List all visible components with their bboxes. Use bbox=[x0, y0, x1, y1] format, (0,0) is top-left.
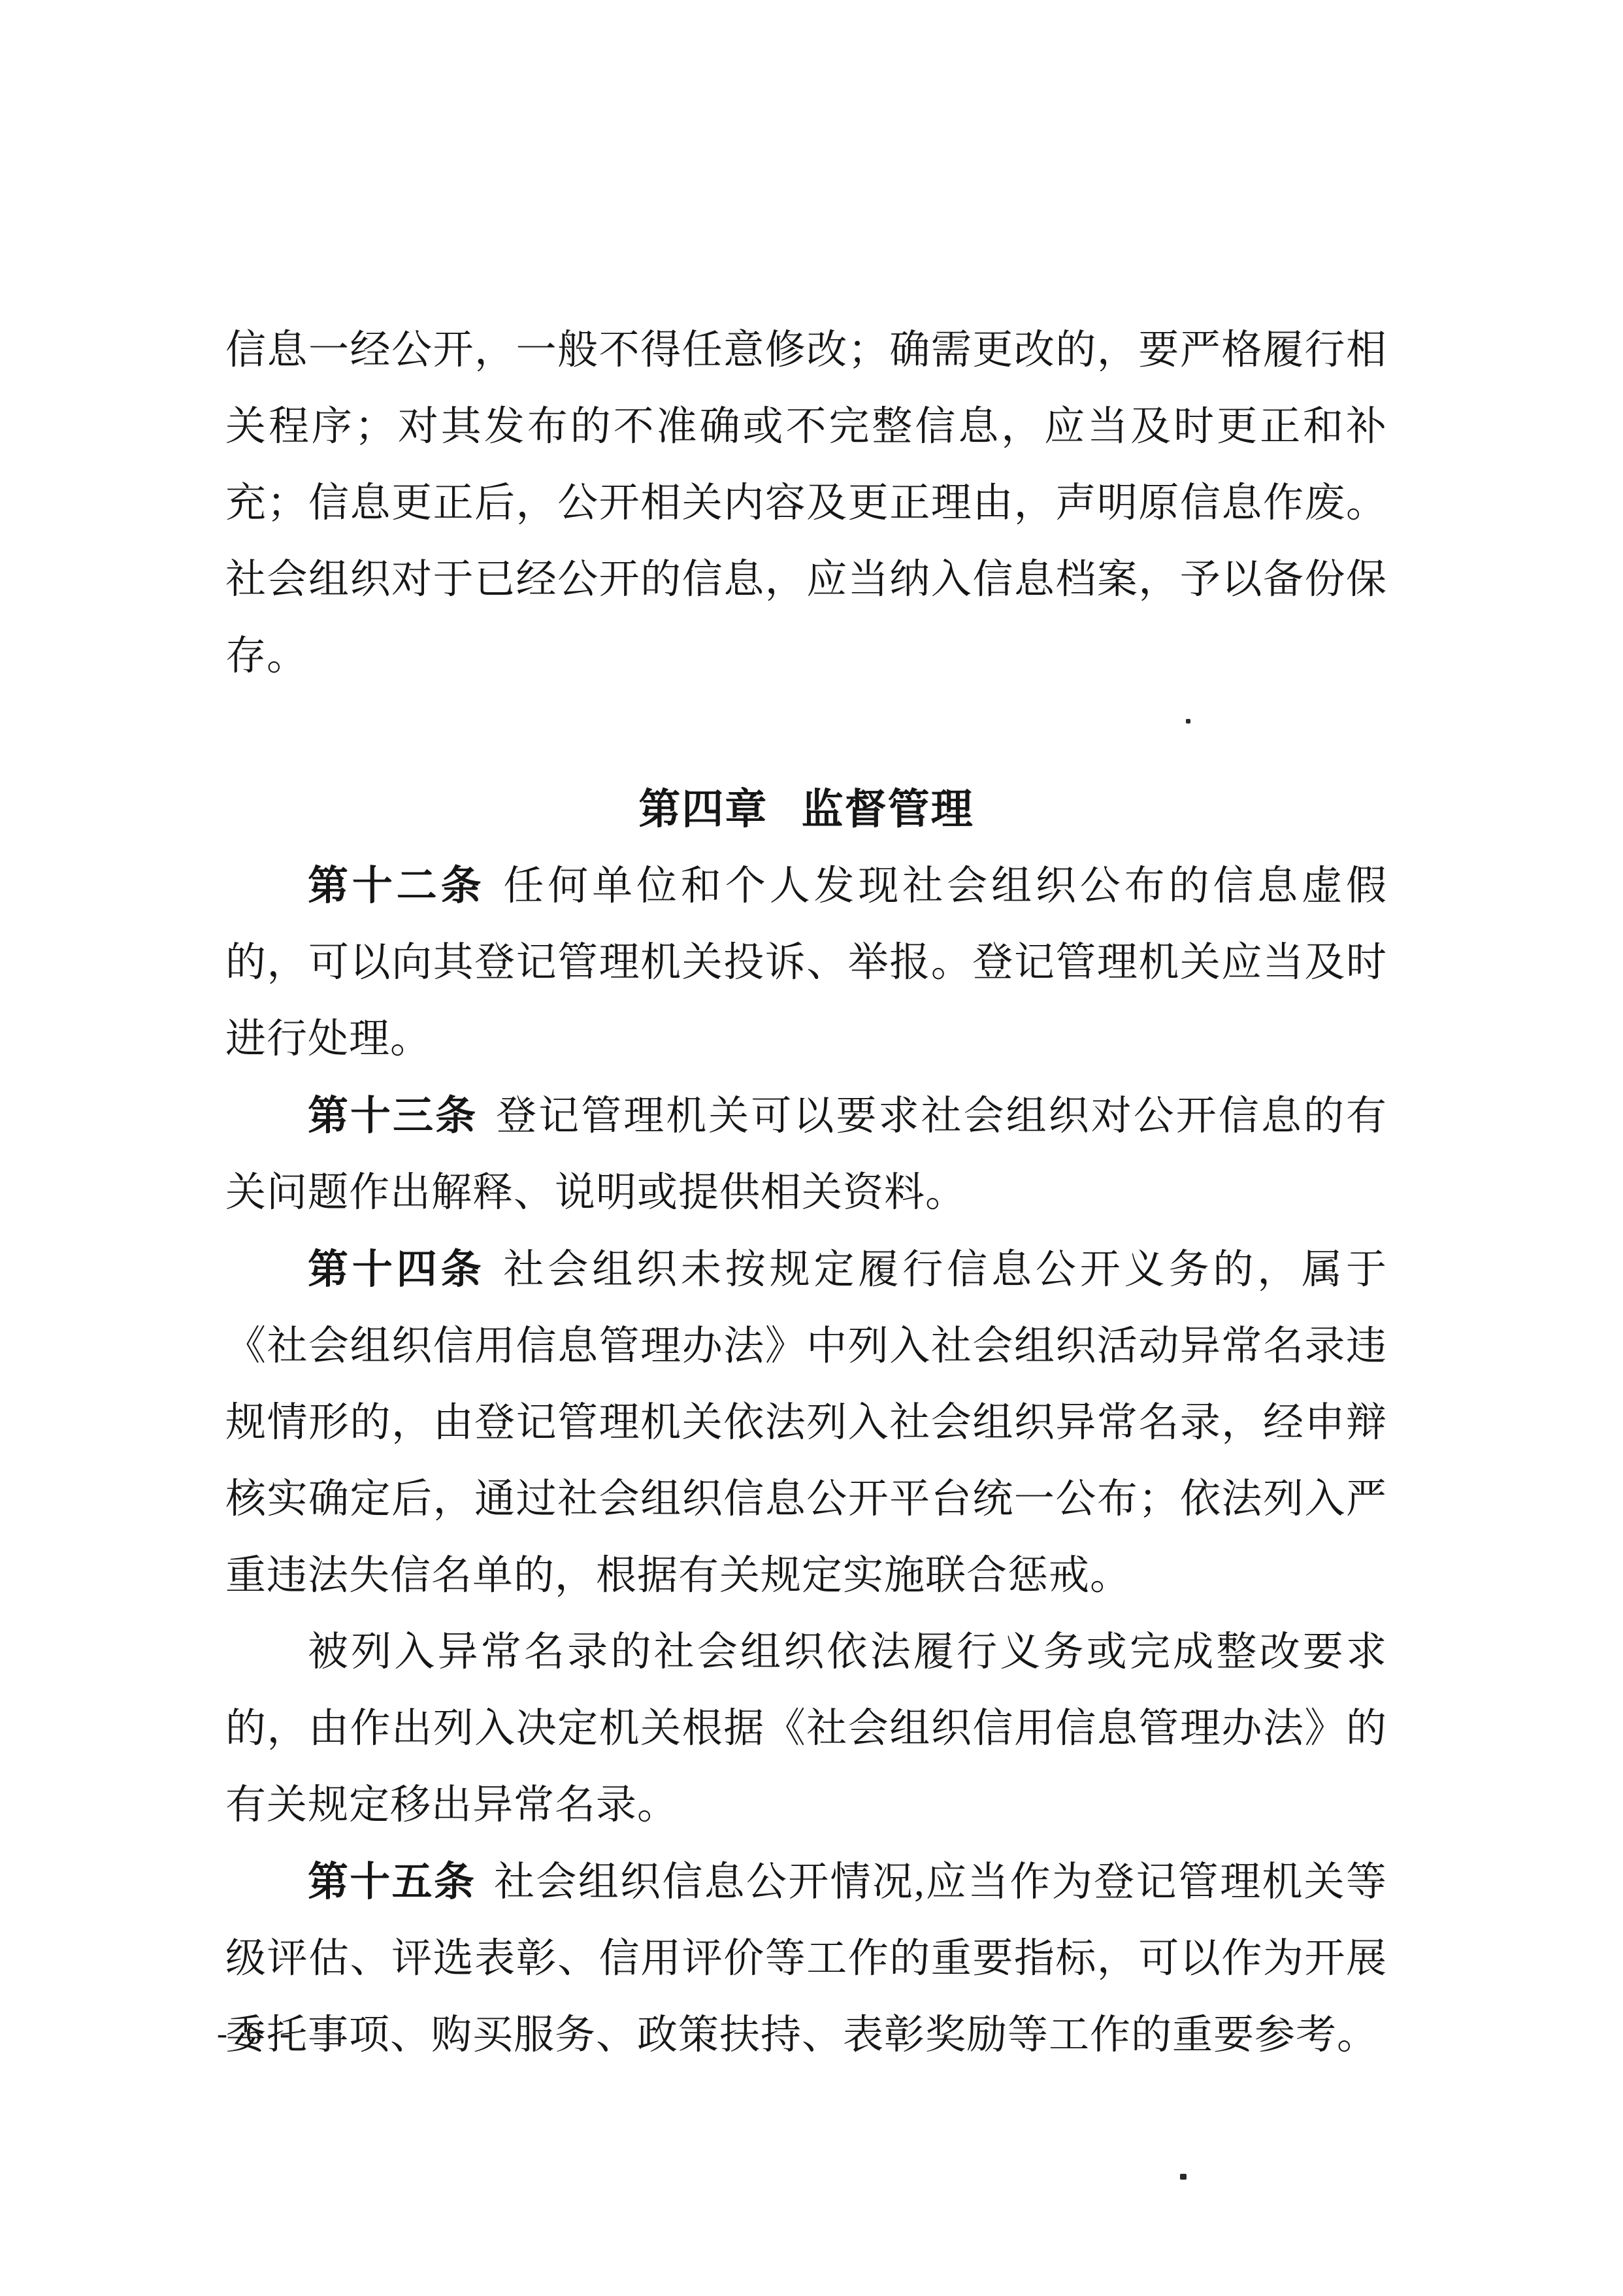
document-body: 信息一经公开，一般不得任意修改；确需更改的，要严格履行相关程序；对其发布的不准确… bbox=[225, 312, 1387, 2074]
chapter-number: 第四章 bbox=[638, 786, 768, 833]
article-13-label: 第十三条 bbox=[308, 1093, 478, 1139]
document-page: 信息一经公开，一般不得任意修改；确需更改的，要严格履行相关程序；对其发布的不准确… bbox=[0, 0, 1623, 2296]
article-12-label: 第十二条 bbox=[308, 863, 485, 908]
paragraph-text: 被列入异常名录的社会组织依法履行义务或完成整改要求的，由作出列入决定机关根据《社… bbox=[225, 1630, 1387, 1827]
paragraph-article-13: 第十三条登记管理机关可以要求社会组织对公开信息的有关问题作出解释、说明或提供相关… bbox=[225, 1078, 1387, 1231]
page-number: - 6 - bbox=[217, 2014, 295, 2054]
chapter-title: 监督管理 bbox=[802, 786, 974, 833]
scan-speck bbox=[1180, 2174, 1187, 2180]
paragraph-continuation: 信息一经公开，一般不得任意修改；确需更改的，要严格履行相关程序；对其发布的不准确… bbox=[225, 312, 1387, 695]
paragraph-article-14-continuation: 被列入异常名录的社会组织依法履行义务或完成整改要求的，由作出列入决定机关根据《社… bbox=[225, 1614, 1387, 1844]
scan-speck bbox=[1186, 719, 1190, 724]
paragraph-article-12: 第十二条任何单位和个人发现社会组织公布的信息虚假的，可以向其登记管理机关投诉、举… bbox=[225, 848, 1387, 1078]
paragraph-article-14: 第十四条社会组织未按规定履行信息公开义务的，属于《社会组织信用信息管理办法》中列… bbox=[225, 1231, 1387, 1614]
paragraph-article-15: 第十五条社会组织信息公开情况,应当作为登记管理机关等级评估、评选表彰、信用评价等… bbox=[225, 1844, 1387, 2074]
paragraph-text: 信息一经公开，一般不得任意修改；确需更改的，要严格履行相关程序；对其发布的不准确… bbox=[225, 328, 1387, 678]
paragraph-text: 社会组织未按规定履行信息公开义务的，属于《社会组织信用信息管理办法》中列入社会组… bbox=[225, 1248, 1387, 1598]
chapter-heading: 第四章监督管理 bbox=[225, 771, 1387, 848]
article-15-label: 第十五条 bbox=[308, 1859, 476, 1905]
article-14-label: 第十四条 bbox=[308, 1247, 485, 1292]
